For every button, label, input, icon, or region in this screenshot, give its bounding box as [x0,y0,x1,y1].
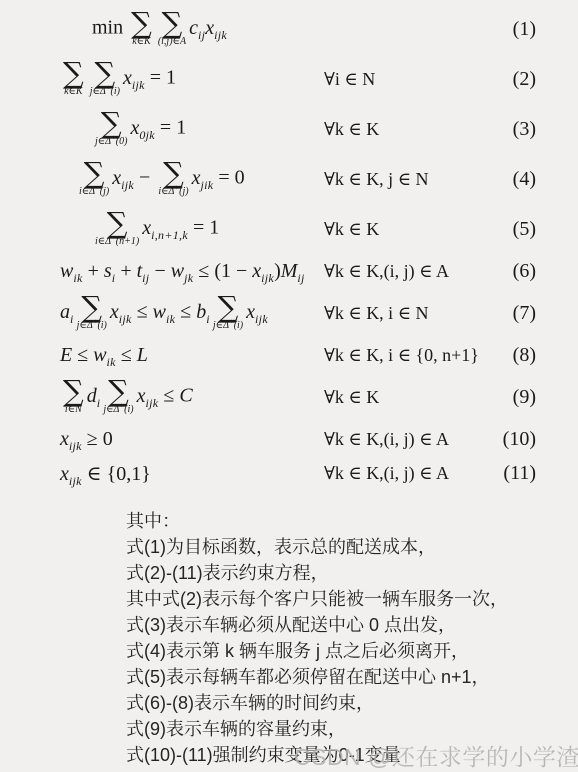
math-variable: xijk [60,428,82,450]
math-variable: xijk [112,167,134,189]
math-text: + [115,260,136,282]
sum-limit: k∈K [132,37,151,47]
math-text: − [134,167,155,189]
sigma-symbol: ∑ [94,61,115,86]
math-text: = 1 [155,117,186,139]
sum-operator: ∑k∈K [131,11,152,47]
sum-limit: i∈Δ−(n+1) [95,237,139,247]
equation-formula: ∑i∈Δ−(n+1)xi,n+1,k = 1 [0,211,324,247]
sum-operator: ∑k∈K [63,61,84,97]
sum-operator: ∑i∈N [63,379,84,415]
math-variable: wjk [171,260,194,282]
math-text: ≤ [116,344,137,366]
sum-limit: j∈Δ+(i) [77,321,107,331]
equation-number: (7) [482,302,578,325]
math-variable: C [179,385,192,407]
math-text: = 0 [213,167,244,189]
equation-quantifier: ∀k ∈ K [324,219,482,240]
note-line: 式(4)表示第 k 辆车服务 j 点之后必须离开， [126,638,578,664]
sum-operator: ∑j∈Δ+(i) [77,295,107,331]
equation-row: ∑k∈K∑j∈Δ+(i)xijk = 1∀i ∈ N(2) [0,54,578,104]
note-line: 式(6)-(8)表示车辆的时间约束， [126,690,578,716]
note-line: 式(3)表示车辆必须从配送中心 0 点出发， [126,612,578,638]
equation-number: (8) [482,344,578,367]
sigma-symbol: ∑ [63,61,84,86]
equation-row: ∑i∈Δ−(j)xijk − ∑i∈Δ+(j)xjik = 0∀k ∈ K, j… [0,154,578,204]
document-page: min ∑k∈K∑(i,j)∈Acijxijk(1)∑k∈K∑j∈Δ+(i)xi… [0,0,578,772]
equation-quantifier: ∀k ∈ K [324,387,482,408]
sigma-symbol: ∑ [107,211,128,236]
equation-list: min ∑k∈K∑(i,j)∈Acijxijk(1)∑k∈K∑j∈Δ+(i)xi… [0,0,578,490]
math-variable: xijk [110,301,132,323]
math-variable: xi,n+1,k [142,217,188,239]
sum-limit: i∈Δ−(j) [79,187,109,197]
note-line: 其中式(2)表示每个客户只能被一辆车服务一次， [126,586,578,612]
note-line: 式(5)表示每辆车都必须停留在配送中心 n+1， [126,664,578,690]
math-text: = 1 [145,67,176,89]
sum-limit: (i,j)∈A [158,37,186,47]
notes-lines: 其中：式(1)为目标函数，表示总的配送成本，式(2)-(11)表示约束方程，其中… [126,508,578,768]
equation-row: wik + si + tij − wjk ≤ (1 − xijk)Mij∀k ∈… [0,254,578,288]
math-text: − [149,260,170,282]
math-text: ≤ [132,301,153,323]
sum-limit: j∈Δ+(0) [95,137,127,147]
equation-row: ∑i∈Ndi∑j∈Δ+(i)xijk ≤ C∀k ∈ K(9) [0,372,578,422]
math-variable: si [104,260,115,282]
math-variable: x0jk [130,117,154,139]
note-line: 式(2)-(11)表示约束方程， [126,560,578,586]
equation-formula: E ≤ wik ≤ L [0,344,324,367]
sum-limit: j∈Δ+(i) [103,405,133,415]
sigma-symbol: ∑ [84,161,105,186]
math-text: ≥ 0 [82,428,113,450]
sum-limit: j∈Δ+(i) [90,87,120,97]
equation-number: (10) [482,428,578,451]
math-variable: xijk [137,385,159,407]
equation-number: (1) [482,18,578,41]
sigma-symbol: ∑ [101,111,122,136]
math-text: + [83,260,104,282]
math-variable: L [137,344,148,366]
math-variable: E [60,344,72,366]
sigma-symbol: ∑ [63,379,84,404]
equation-quantifier: ∀k ∈ K,(i, j) ∈ A [324,261,482,282]
sigma-symbol: ∑ [108,379,129,404]
equation-row: xijk ≥ 0∀k ∈ K,(i, j) ∈ A(10) [0,422,578,456]
equation-quantifier: ∀k ∈ K, j ∈ N [324,169,482,190]
sum-limit: i∈N [65,405,82,415]
math-variable: cij [189,17,205,39]
math-variable: xijk [60,463,82,485]
math-variable: tij [137,260,150,282]
math-variable: bi [196,301,210,323]
math-variable: xjik [192,167,214,189]
equation-row: ∑i∈Δ−(n+1)xi,n+1,k = 1∀k ∈ K(5) [0,204,578,254]
sum-operator: ∑j∈Δ+(i) [103,379,133,415]
equation-formula: ∑i∈Δ−(j)xijk − ∑i∈Δ+(j)xjik = 0 [0,161,324,197]
math-variable: xijk [252,260,274,282]
sum-operator: ∑j∈Δ+(0) [95,111,127,147]
sigma-symbol: ∑ [163,161,184,186]
math-variable: di [87,385,101,407]
equation-row: min ∑k∈K∑(i,j)∈Acijxijk(1) [0,4,578,54]
sum-operator: ∑i∈Δ+(j) [158,161,188,197]
equation-formula: ∑k∈K∑j∈Δ+(i)xijk = 1 [0,61,324,97]
math-text: ≤ (1 − [193,260,252,282]
equation-quantifier: ∀i ∈ N [324,69,482,90]
equation-formula: ai∑j∈Δ+(i)xijk ≤ wik ≤ bi∑j∈Δ+(i)xijk [0,295,324,331]
sum-operator: ∑j∈Δ+(i) [213,295,243,331]
sum-limit: i∈Δ+(j) [158,187,188,197]
equation-number: (3) [482,118,578,141]
math-variable: xijk [246,301,268,323]
sum-operator: ∑i∈Δ−(n+1) [95,211,139,247]
math-text: ≤ [158,385,179,407]
math-text: = 1 [188,217,219,239]
math-variable: wik [60,260,83,282]
equation-formula: min ∑k∈K∑(i,j)∈Acijxijk [0,11,324,47]
math-variable: wik [93,344,116,366]
equation-number: (4) [482,168,578,191]
sum-limit: j∈Δ+(i) [213,321,243,331]
equation-row: ∑j∈Δ+(0)x0jk = 1∀k ∈ K(3) [0,104,578,154]
equation-quantifier: ∀k ∈ K [324,119,482,140]
equation-number: (5) [482,218,578,241]
math-variable: Mij [281,260,305,282]
equation-row: ai∑j∈Δ+(i)xijk ≤ wik ≤ bi∑j∈Δ+(i)xijk∀k … [0,288,578,338]
math-text: ) [274,260,281,282]
equation-quantifier: ∀k ∈ K,(i, j) ∈ A [324,463,482,484]
math-variable: ai [60,301,74,323]
equation-formula: xijk ∈ {0,1} [0,461,324,486]
equation-quantifier: ∀k ∈ K, i ∈ N [324,303,482,324]
sigma-symbol: ∑ [218,295,239,320]
sigma-symbol: ∑ [81,295,102,320]
sum-limit: k∈K [64,87,83,97]
watermark: CSDN @还在求学的小学渣 [294,739,578,772]
math-text: ∈ {0,1} [82,463,151,485]
math-text: ≤ [72,344,93,366]
equation-quantifier: ∀k ∈ K,(i, j) ∈ A [324,429,482,450]
sum-operator: ∑(i,j)∈A [158,11,186,47]
note-line: 式(1)为目标函数，表示总的配送成本， [126,534,578,560]
math-variable: wik [153,301,176,323]
math-text: min [92,17,128,39]
equation-quantifier: ∀k ∈ K, i ∈ {0, n+1} [324,345,482,366]
sigma-symbol: ∑ [131,11,152,36]
equation-formula: ∑i∈Ndi∑j∈Δ+(i)xijk ≤ C [0,379,324,415]
equation-number: (6) [482,260,578,283]
equation-number: (2) [482,68,578,91]
note-line: 其中： [126,508,578,534]
equation-formula: wik + si + tij − wjk ≤ (1 − xijk)Mij [0,260,324,283]
sigma-symbol: ∑ [162,11,183,36]
equation-row: E ≤ wik ≤ L∀k ∈ K, i ∈ {0, n+1}(8) [0,338,578,372]
equation-row: xijk ∈ {0,1}∀k ∈ K,(i, j) ∈ A(11) [0,456,578,490]
sum-operator: ∑j∈Δ+(i) [90,61,120,97]
equation-number: (9) [482,386,578,409]
equation-number: (11) [482,462,578,485]
math-variable: xijk [205,17,227,39]
equation-formula: ∑j∈Δ+(0)x0jk = 1 [0,111,324,147]
sum-operator: ∑i∈Δ−(j) [79,161,109,197]
equation-formula: xijk ≥ 0 [0,428,324,451]
math-variable: xijk [123,67,145,89]
notes-section: 其中：式(1)为目标函数，表示总的配送成本，式(2)-(11)表示约束方程，其中… [0,490,578,768]
math-text: ≤ [175,301,196,323]
